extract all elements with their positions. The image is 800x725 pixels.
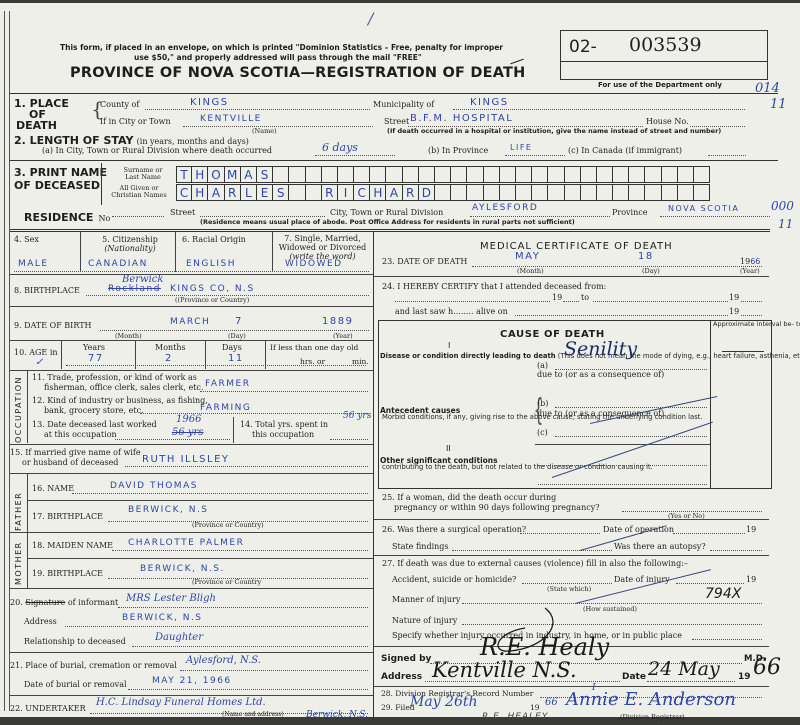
margin-code-2: 000 [771, 199, 794, 213]
informant-label: 20. Signature of informant [10, 598, 118, 607]
given-name-boxes[interactable]: CHARLESRICHARD [176, 184, 710, 202]
stay-city-value[interactable]: 6 days [322, 141, 358, 154]
form-title: PROVINCE OF NOVA SCOTIA—REGISTRATION OF … [70, 65, 525, 81]
birthplace-value[interactable]: KINGS CO, N.S [170, 284, 255, 294]
letter-box[interactable]: A [241, 166, 257, 183]
letter-box[interactable] [289, 166, 305, 183]
letter-box[interactable]: R [225, 184, 241, 201]
letter-box[interactable] [484, 184, 500, 201]
letter-box[interactable]: R [322, 184, 338, 201]
certify-label: 24. I HEREBY CERTIFY that I attended dec… [382, 282, 606, 291]
letter-box[interactable] [451, 166, 467, 183]
dob-label: 9. DATE OF BIRTH [14, 321, 92, 330]
section-3-label: 3. PRINT NAME OF DECEASED [14, 166, 107, 192]
letter-box[interactable] [565, 184, 581, 201]
registration-number: 003539 [629, 34, 702, 56]
margin-code-2b: 11 [778, 217, 793, 231]
divider [10, 93, 778, 94]
relationship-value[interactable]: Daughter [155, 632, 203, 643]
mother-maiden-value[interactable]: CHARLOTTE PALMER [128, 538, 244, 548]
letter-box[interactable]: C [354, 184, 370, 201]
letter-box[interactable]: D [419, 184, 435, 201]
residence-row: RESIDENCE No [24, 206, 110, 225]
father-side-label: FATHER [14, 492, 23, 531]
letter-box[interactable] [435, 184, 451, 201]
letter-box[interactable]: T [176, 166, 192, 183]
letter-box[interactable] [645, 166, 661, 183]
age-years[interactable]: 77 [88, 353, 104, 364]
postage-notice-line1: This form, if placed in an envelope, on … [60, 43, 503, 52]
age-check: ✓ [35, 357, 43, 368]
letter-box[interactable]: S [257, 166, 273, 183]
letter-box[interactable]: A [208, 184, 224, 201]
signature-year: 66 [753, 655, 781, 680]
stay-canada-label: (c) In Canada (if immigrant) [568, 146, 682, 155]
letter-box[interactable]: H [192, 184, 208, 201]
dod-day[interactable]: 18 [638, 251, 654, 262]
letter-box[interactable] [565, 166, 581, 183]
dod-label: 23. DATE OF DEATH [382, 257, 467, 266]
letter-box[interactable] [289, 184, 305, 201]
letter-box[interactable] [322, 166, 338, 183]
trade-value[interactable]: FARMER [205, 379, 250, 389]
letter-box[interactable]: C [176, 184, 192, 201]
letter-box[interactable] [306, 184, 322, 201]
birthplace-struck: Rockland [108, 284, 161, 294]
letter-box[interactable] [419, 166, 435, 183]
letter-box[interactable]: M [225, 166, 241, 183]
birthplace-correction: Berwick [122, 274, 163, 285]
racial-origin-value[interactable]: ENGLISH [186, 259, 236, 269]
letter-box[interactable] [548, 184, 564, 201]
last-worked-struck: 56 yrs [172, 427, 203, 438]
letter-box[interactable] [500, 184, 516, 201]
stay-city-label: (a) In City, Town or Rural Division wher… [42, 146, 272, 155]
registration-number-box: 02- 003539 [560, 30, 768, 80]
letter-box[interactable] [273, 166, 289, 183]
undertaker-address: Berwick, N.S. [306, 710, 368, 720]
burial-place-value[interactable]: Aylesford, N.S. [186, 655, 261, 666]
industry-value[interactable]: FARMING [200, 403, 251, 413]
letter-box[interactable]: H [370, 184, 386, 201]
signature-date[interactable]: 24 May [648, 658, 720, 680]
filed-year: 66 [545, 697, 558, 708]
letter-box[interactable] [516, 184, 532, 201]
letter-box[interactable]: S [273, 184, 289, 201]
dob-year[interactable]: 1889 [322, 316, 353, 327]
pen-mark [510, 59, 523, 65]
dod-year: 66 [750, 257, 760, 266]
letter-box[interactable] [597, 184, 613, 201]
letter-box[interactable]: R [403, 184, 419, 201]
dod-month[interactable]: MAY [515, 251, 540, 262]
department-note: For use of the Department only [598, 81, 722, 89]
surname-caption: Surname orLast Name [112, 167, 174, 181]
death-registration-form: / This form, if placed in an envelope, o… [0, 3, 800, 717]
marital-status-value[interactable]: WIDOWED [285, 259, 343, 269]
dob-month[interactable]: MARCH [170, 317, 210, 327]
letter-box[interactable]: A [386, 184, 402, 201]
registration-prefix: 02- [569, 37, 597, 57]
letter-box[interactable] [484, 166, 500, 183]
printed-name: R.E. HEALEY [482, 712, 548, 722]
letter-box[interactable] [581, 166, 597, 183]
hospital-note: (If death occurred in a hospital or inst… [387, 127, 721, 135]
birthplace-label: 8. BIRTHPLACE [14, 286, 80, 295]
letter-box[interactable] [403, 166, 419, 183]
letter-box[interactable] [467, 166, 483, 183]
letter-box[interactable] [678, 166, 694, 183]
municipality-label: Municipality of [373, 100, 434, 109]
municipality-value[interactable]: KINGS [470, 97, 509, 108]
letter-box[interactable] [581, 184, 597, 201]
letter-box[interactable] [435, 166, 451, 183]
letter-box[interactable]: O [208, 166, 224, 183]
registrar-signature: Annie E. Anderson [566, 689, 736, 710]
letter-box[interactable] [516, 166, 532, 183]
age-months[interactable]: 2 [165, 353, 173, 364]
letter-box[interactable] [532, 166, 548, 183]
residence-note: (Residence means usual place of abode. P… [200, 218, 575, 226]
total-years-value[interactable]: 56 yrs [343, 411, 371, 421]
letter-box[interactable] [694, 184, 710, 201]
letter-box[interactable] [467, 184, 483, 201]
spouse-value[interactable]: RUTH ILLSLEY [142, 454, 230, 465]
undertaker-value[interactable]: H.C. Lindsay Funeral Homes Ltd. [96, 697, 266, 708]
letter-box[interactable] [678, 184, 694, 201]
dob-day[interactable]: 7 [235, 316, 243, 327]
city-value[interactable]: KENTVILLE [200, 114, 262, 124]
sex-value[interactable]: MALE [18, 259, 49, 269]
age-days[interactable]: 11 [228, 353, 244, 364]
informant-value[interactable]: MRS Lester Bligh [126, 593, 216, 604]
letter-box[interactable] [662, 184, 678, 201]
manner-code: 794X [705, 586, 741, 602]
letter-box[interactable]: I [338, 184, 354, 201]
section-1-label: 1. PLACE OF DEATH [14, 98, 69, 131]
letter-box[interactable] [645, 184, 661, 201]
letter-box[interactable] [694, 166, 710, 183]
stay-province-label: (b) In Province [428, 146, 488, 155]
county-label: County of [100, 100, 139, 109]
letter-box[interactable] [629, 184, 645, 201]
letter-box[interactable]: H [192, 166, 208, 183]
filed-date[interactable]: May 26th [410, 694, 478, 710]
surname-boxes[interactable]: THOMAS [176, 166, 710, 184]
letter-box[interactable] [548, 166, 564, 183]
mother-birthplace-value[interactable]: BERWICK, N.S. [140, 564, 225, 574]
interval-header: Approximate interval be- tween onset and… [713, 321, 769, 329]
check-mark: / [368, 9, 373, 28]
burial-date-value[interactable]: MAY 21, 1966 [152, 676, 232, 686]
father-birthplace-value[interactable]: BERWICK, N.S [128, 505, 209, 515]
pen-loop-mark [455, 603, 595, 673]
occupation-side-label: OCCUPATION [14, 376, 23, 443]
house-label: House No. [646, 117, 689, 126]
letter-box[interactable] [370, 166, 386, 183]
letter-box[interactable] [306, 166, 322, 183]
last-worked-value[interactable]: 1966 [176, 414, 201, 425]
county-value[interactable]: KINGS [190, 97, 229, 108]
city-label: If in City or Town [100, 117, 171, 126]
street-label: Street [384, 117, 409, 126]
citizenship-value[interactable]: CANADIAN [88, 259, 148, 269]
letter-box[interactable] [338, 166, 354, 183]
letter-box[interactable] [629, 166, 645, 183]
age-label: 10. AGE in [14, 348, 58, 357]
cause-a-value[interactable]: Senility [564, 338, 637, 360]
father-name-value[interactable]: DAVID THOMAS [110, 481, 198, 491]
letter-box[interactable] [532, 184, 548, 201]
letter-box[interactable] [386, 166, 402, 183]
letter-box[interactable] [354, 166, 370, 183]
letter-box[interactable] [662, 166, 678, 183]
letter-box[interactable] [613, 184, 629, 201]
residence-city-value[interactable]: AYLESFORD [472, 203, 538, 213]
informant-address-value[interactable]: BERWICK, N.S [122, 613, 203, 623]
letter-box[interactable] [500, 166, 516, 183]
letter-box[interactable] [597, 166, 613, 183]
mother-side-label: MOTHER [14, 541, 23, 585]
letter-box[interactable]: L [241, 184, 257, 201]
postage-notice-line2: use $50," and properly addressed will pa… [134, 53, 422, 62]
letter-box[interactable]: E [257, 184, 273, 201]
direct-cause-label: Disease or condition directly leading to… [380, 353, 525, 360]
margin-code-1b: 11 [770, 97, 787, 112]
letter-box[interactable] [613, 166, 629, 183]
residence-province-value[interactable]: NOVA SCOTIA [668, 204, 739, 213]
street-value[interactable]: B.F.M. HOSPITAL [410, 113, 513, 124]
stay-province-value[interactable]: LIFE [510, 143, 532, 152]
given-caption: All Given orChristian Names [104, 185, 174, 199]
letter-box[interactable] [451, 184, 467, 201]
